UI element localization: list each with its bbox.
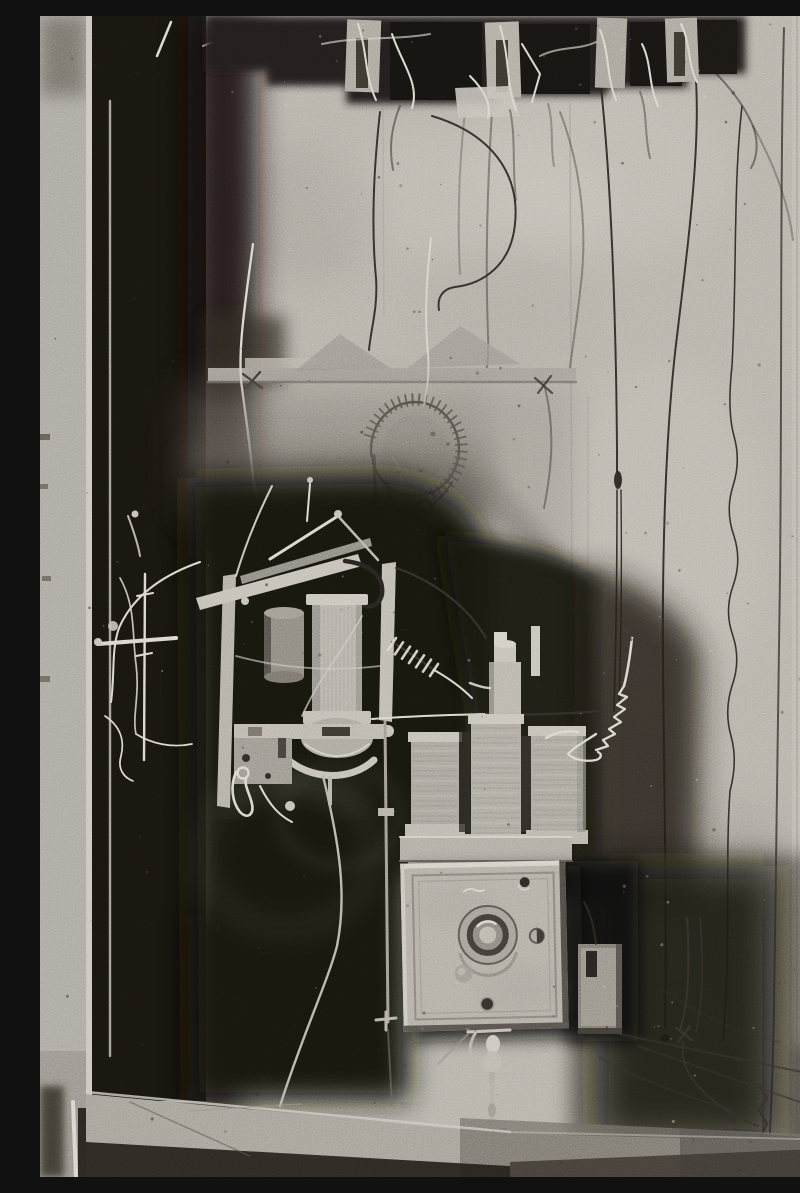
photo-detail: [623, 885, 626, 888]
photo-detail: [434, 578, 436, 580]
photo-detail: [284, 81, 285, 82]
photo-detail: [66, 995, 69, 998]
photo-detail: [646, 875, 649, 878]
photo-detail: [744, 203, 746, 205]
photo-detail: [730, 229, 732, 231]
photo-detail: [476, 371, 479, 374]
photo-detail: [133, 298, 135, 300]
photo-detail: [86, 492, 88, 494]
photo-detail: [468, 659, 471, 662]
photo-detail: [776, 949, 778, 951]
photo-detail: [660, 943, 663, 946]
photo-detail: [318, 653, 321, 656]
photo-detail: [455, 981, 458, 984]
photo-detail: [440, 184, 442, 186]
photo-detail: [418, 311, 420, 313]
photo-detail: [362, 29, 365, 32]
photo-detail: [560, 1162, 562, 1164]
photo-detail: [531, 304, 534, 307]
photo-detail: [342, 575, 344, 577]
photo-detail: [672, 1120, 675, 1123]
photo-detail: [116, 561, 118, 563]
photo-detail: [671, 1002, 673, 1004]
photo-detail: [466, 1028, 469, 1031]
photo-detail: [392, 918, 395, 921]
photo-detail: [666, 522, 669, 525]
photo-detail: [499, 367, 502, 370]
photo-detail: [616, 1005, 619, 1008]
photo-detail: [91, 919, 94, 922]
photo-detail: [231, 91, 234, 94]
photo-detail: [303, 874, 306, 877]
photo-detail: [619, 702, 621, 704]
photo-detail: [141, 1043, 144, 1046]
photo-detail: [422, 1028, 424, 1030]
photo-detail: [642, 871, 644, 873]
photo-detail: [226, 460, 229, 463]
photo-detail: [157, 286, 158, 287]
photo-detail: [758, 1101, 759, 1102]
photo-detail: [726, 592, 728, 594]
photo-detail: [121, 1084, 124, 1087]
photo-detail: [696, 224, 698, 226]
photo-detail: [329, 924, 331, 926]
photo-detail: [396, 162, 399, 165]
photo-detail: [667, 901, 670, 904]
photo-detail: [621, 49, 623, 51]
photo-detail: [657, 589, 660, 592]
photo-detail: [158, 73, 161, 76]
photo-detail: [694, 1075, 696, 1077]
photo-detail: [123, 992, 125, 994]
photo-detail: [404, 629, 406, 631]
photo-detail: [518, 404, 521, 407]
photo-detail: [180, 465, 183, 468]
photo-detail: [413, 310, 416, 313]
photo-detail: [654, 652, 655, 653]
photo-detail: [377, 176, 380, 179]
photo-detail: [658, 1134, 660, 1136]
photo-detail: [662, 518, 663, 519]
photo-detail: [553, 986, 555, 988]
photo-detail: [127, 539, 129, 541]
photo-detail: [658, 1025, 660, 1027]
photo-detail: [435, 770, 437, 772]
photo-detail: [738, 1169, 741, 1172]
photo-detail: [280, 385, 282, 387]
photo-detail: [753, 1027, 755, 1029]
photo-detail: [240, 348, 241, 349]
photo-detail: [394, 811, 395, 812]
photo-detail: [54, 338, 56, 340]
photo-detail: [316, 103, 318, 105]
photo-detail: [571, 607, 574, 610]
photo-detail: [384, 68, 385, 69]
photo-detail: [339, 45, 341, 47]
photo-detail: [683, 61, 686, 64]
photo-detail: [257, 946, 260, 949]
photo-detail: [474, 1030, 476, 1032]
photo-detail: [71, 57, 74, 60]
photo-detail: [241, 117, 243, 119]
photo-detail: [368, 297, 369, 298]
photo-detail: [208, 565, 209, 566]
photo-detail: [650, 785, 652, 787]
photo-detail: [135, 72, 137, 74]
photo-detail: [762, 1082, 764, 1084]
photo-detail: [341, 609, 343, 611]
photo-detail: [251, 621, 253, 623]
photo-detail: [284, 104, 287, 107]
photo-detail: [597, 25, 599, 27]
photo-detail: [361, 193, 362, 194]
photo-detail: [440, 872, 442, 874]
photo-detail: [503, 578, 506, 581]
photo-detail: [221, 283, 222, 284]
photo-detail: [794, 969, 795, 970]
photo-detail: [725, 121, 728, 124]
photo-detail: [246, 1013, 249, 1016]
photo-detail: [172, 360, 175, 363]
photo-detail: [757, 363, 760, 366]
photo-detail: [252, 1168, 254, 1170]
photo-detail: [306, 187, 308, 189]
photo-detail: [593, 121, 596, 124]
photo-detail: [393, 611, 396, 614]
photo-detail: [748, 915, 750, 917]
photo-detail: [293, 1025, 295, 1027]
photo-detail: [224, 1130, 227, 1133]
photo-detail: [640, 640, 642, 642]
photo-detail: [302, 652, 304, 654]
photo-detail: [432, 259, 434, 261]
photo-detail: [336, 60, 337, 61]
photo-detail: [88, 606, 91, 609]
photo-detail: [398, 471, 401, 474]
photo-detail: [576, 718, 577, 719]
photo-detail: [668, 360, 671, 363]
photo-detail: [450, 357, 452, 359]
photo-detail: [496, 51, 498, 53]
photo-detail: [374, 1102, 376, 1104]
vintage-photo: Early wireless apparatus mounted on a wo…: [40, 16, 800, 1177]
photo-detail: [625, 532, 627, 534]
photo-detail: [361, 632, 363, 634]
photo-detail: [603, 672, 605, 674]
photo-detail: [654, 1026, 655, 1027]
photo-detail: [724, 403, 726, 405]
photo-detail: [411, 41, 413, 43]
photo-detail: [678, 569, 681, 572]
photo-detail: [543, 55, 545, 57]
photo-detail: [491, 811, 492, 812]
photo-detail: [400, 895, 401, 896]
photo-detail: [146, 871, 147, 872]
photo-detail: [598, 454, 600, 456]
photo-detail: [747, 603, 749, 605]
photo-detail: [479, 224, 481, 226]
photo-detail: [749, 1141, 751, 1143]
photo-detail: [791, 535, 793, 537]
photo-detail: [262, 1077, 265, 1080]
photo-detail: [563, 884, 565, 886]
photo-detail: [701, 279, 703, 281]
photo-detail: [507, 823, 510, 826]
photo-detail: [491, 103, 493, 105]
photo-detail: [764, 899, 765, 900]
photo-detail: [166, 618, 167, 619]
photo-detail: [732, 91, 735, 94]
photo-detail: [499, 32, 500, 33]
photo-detail: [696, 779, 698, 781]
photo-detail: [709, 650, 711, 652]
photo-detail: [265, 583, 268, 586]
photo-detail: [703, 95, 706, 98]
film-grain: [40, 16, 800, 1177]
photo-detail: [621, 162, 624, 165]
photo-detail: [151, 1117, 154, 1120]
photo-detail: [606, 1026, 609, 1029]
photo-detail: [94, 66, 97, 69]
photo-detail: [579, 84, 581, 86]
photo-detail: [623, 891, 625, 893]
photo-detail: [439, 707, 441, 709]
photo-detail: [518, 135, 519, 136]
photo-detail: [220, 165, 223, 168]
photo-detail: [242, 746, 244, 748]
photo-detail: [698, 69, 700, 71]
photo-detail: [141, 660, 144, 663]
photo-detail: [143, 504, 145, 506]
photo-detail: [377, 1048, 380, 1051]
photo-detail: [161, 670, 163, 672]
photo-detail: [319, 35, 322, 38]
photo-detail: [744, 963, 747, 966]
photo-detail: [406, 247, 408, 249]
photo-detail: [348, 607, 349, 608]
photo-detail: [243, 643, 245, 645]
photo-detail: [422, 1012, 425, 1015]
photo-detail: [197, 382, 199, 384]
photo-detail: [692, 1138, 695, 1141]
photo-detail: [404, 1064, 406, 1066]
photo-detail: [103, 625, 105, 627]
photo-detail: [485, 677, 487, 679]
photo-detail: [211, 665, 214, 668]
photo-detail: [574, 710, 576, 712]
photo-detail: [513, 438, 516, 441]
photo-detail: [676, 659, 677, 660]
photo-detail: [536, 927, 537, 928]
photo-detail: [623, 622, 626, 625]
photo-detail: [781, 711, 784, 714]
photo-detail: [607, 371, 608, 372]
photo-detail: [703, 996, 706, 999]
photo-detail: [139, 835, 142, 838]
photo-detail: [697, 588, 699, 590]
photo-detail: [603, 985, 606, 988]
photo-detail: [360, 431, 363, 434]
photo-detail: [481, 716, 483, 718]
photo-detail: [484, 788, 485, 789]
photo-detail: [769, 23, 772, 26]
photo-detail: [265, 666, 267, 668]
photo-detail: [670, 1038, 672, 1040]
photo-detail: [464, 636, 467, 639]
photo-detail: [315, 987, 317, 989]
photo-detail: [575, 27, 578, 30]
photo-detail: [218, 927, 221, 930]
photo-detail: [95, 179, 96, 180]
photo-detail: [98, 240, 99, 241]
photo-detail: [580, 713, 582, 715]
photo-detail: [712, 828, 715, 831]
photo-detail: [779, 983, 781, 985]
photo-detail: [352, 721, 354, 723]
photo-detail: [630, 39, 631, 40]
photo-detail: [399, 184, 402, 187]
photo-canvas: Early wireless apparatus mounted on a wo…: [40, 16, 800, 1177]
photo-detail: [659, 616, 661, 618]
photo-detail: [683, 467, 685, 469]
photo-detail: [309, 380, 310, 381]
photo-detail: [416, 528, 419, 531]
photo-detail: [352, 1053, 354, 1055]
photo-detail: [237, 998, 239, 1000]
photo-detail: [527, 486, 529, 488]
photo-detail: [413, 86, 414, 87]
photo-detail: [552, 1015, 554, 1017]
photo-detail: [497, 1094, 498, 1095]
photo-detail: [635, 386, 637, 388]
photo-detail: [268, 933, 270, 935]
photo-detail: [272, 819, 274, 821]
photo-detail: [662, 886, 664, 888]
photo-detail: [629, 638, 632, 641]
photo-detail: [585, 355, 587, 357]
photo-detail: [406, 904, 409, 907]
photo-detail: [463, 49, 464, 50]
photo-detail: [644, 532, 647, 535]
photo-detail: [255, 1093, 258, 1096]
photo-detail: [536, 683, 539, 686]
